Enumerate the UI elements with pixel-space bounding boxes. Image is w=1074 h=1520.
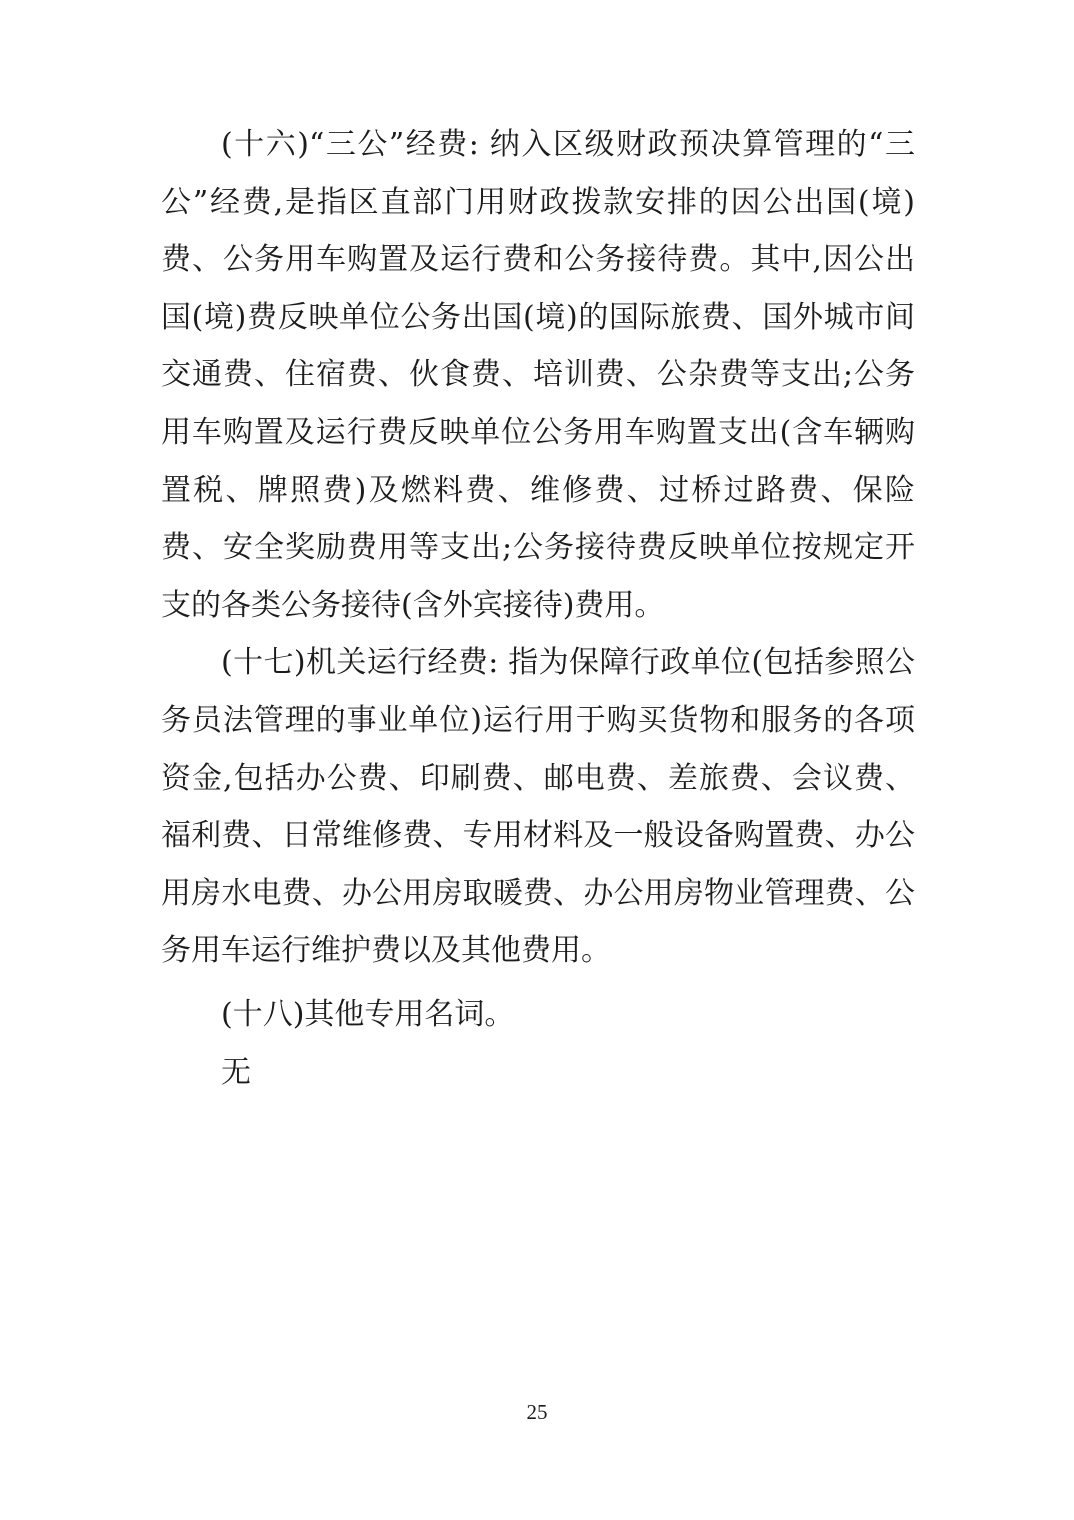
paragraph-16-sangong-expenses: (十六)“三公”经费: 纳入区级财政预决算管理的“三公”经费,是指区直部门用财政… — [161, 116, 915, 634]
document-page: (十六)“三公”经费: 纳入区级财政预决算管理的“三公”经费,是指区直部门用财政… — [0, 0, 1074, 1520]
document-body: (十六)“三公”经费: 纳入区级财政预决算管理的“三公”经费,是指区直部门用财政… — [161, 116, 915, 1101]
paragraph-none: 无 — [161, 1044, 915, 1102]
page-number: 25 — [527, 1400, 548, 1424]
paragraph-18-other-terms: (十八)其他专用名词。 — [161, 986, 915, 1044]
page-footer: 25 — [0, 1400, 1074, 1425]
paragraph-17-agency-operating-expenses: (十七)机关运行经费: 指为保障行政单位(包括参照公务员法管理的事业单位)运行用… — [161, 634, 915, 980]
